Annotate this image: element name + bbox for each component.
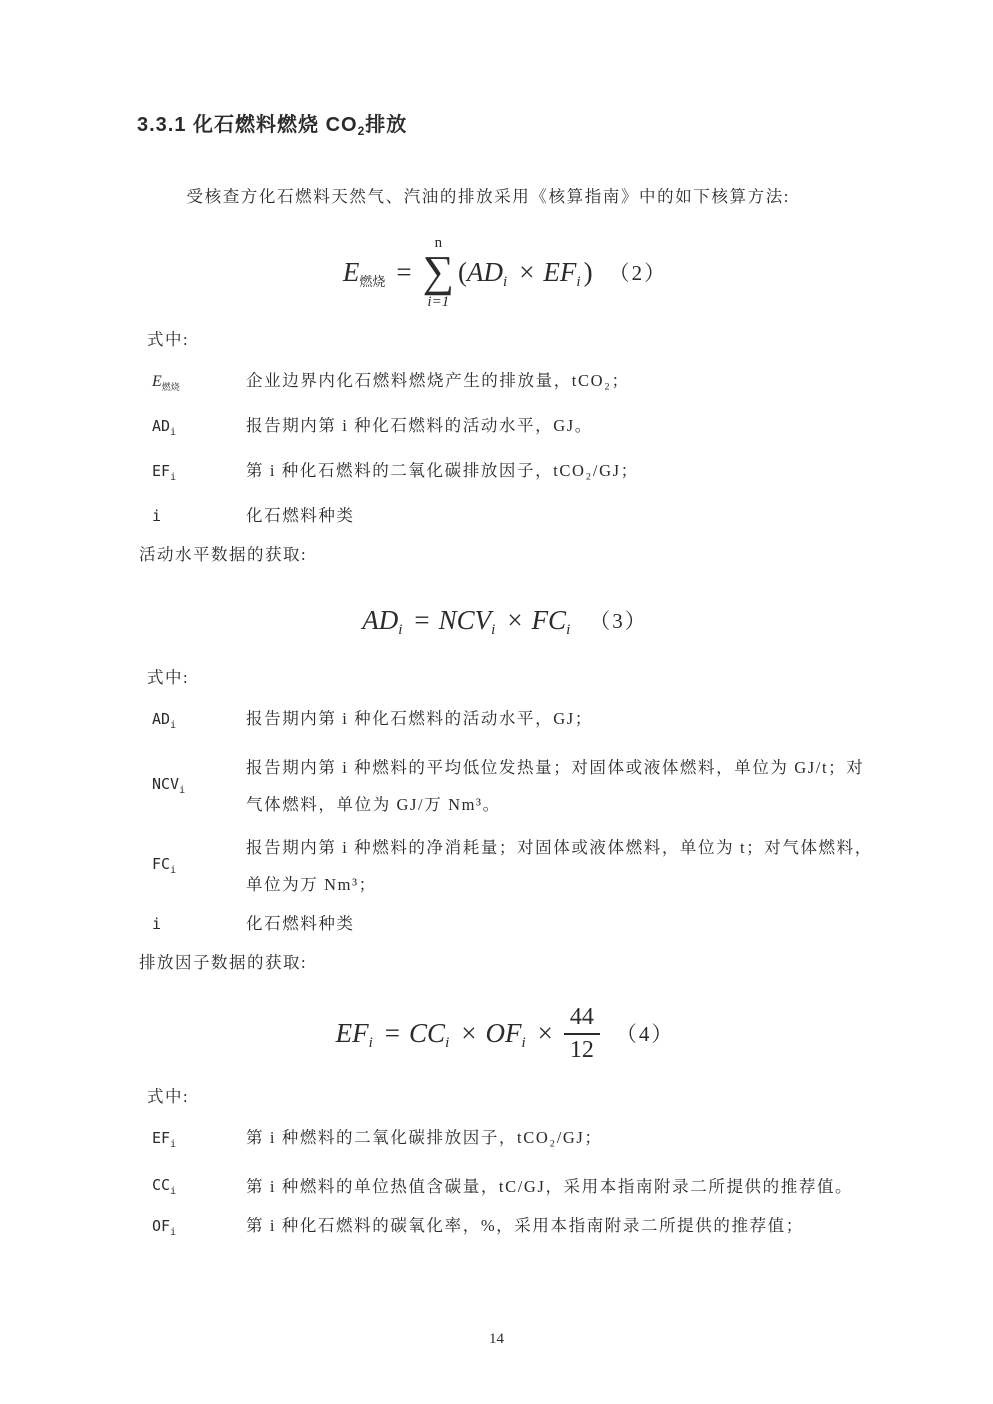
close-paren: ) — [584, 259, 593, 286]
definition-row: CCi 第 i 种燃料的单位热值含碳量，tC/GJ，采用本指南附录二所提供的推荐… — [152, 1168, 873, 1205]
formula3-lhs-sub: i — [398, 623, 402, 638]
equals-sign: = — [385, 1020, 400, 1047]
term-label: E燃烧 — [152, 366, 246, 399]
formula3-number: （3） — [589, 611, 648, 632]
term-definition: 化石燃料种类 — [246, 909, 355, 939]
formula2-lhs: E — [343, 259, 360, 286]
where-label-3: 式中: — [147, 666, 873, 690]
formula4-term3: OF — [485, 1020, 521, 1047]
formula2-term2: EF — [543, 259, 576, 286]
term-definition: 第 i 种燃料的二氧化碳排放因子，tCO₂/GJ； — [246, 1123, 603, 1153]
term-label: EFi — [152, 1123, 246, 1156]
formula4-term2: CC — [409, 1020, 445, 1047]
term-definition: 报告期内第 i 种燃料的平均低位发热量；对固体或液体燃料，单位为 GJ/t；对气… — [246, 749, 873, 823]
term-label: EFi — [152, 456, 246, 489]
formula2-number: （2） — [609, 263, 668, 284]
formula2-term1-sub: i — [503, 275, 507, 290]
fraction-numerator: 44 — [564, 1005, 600, 1035]
definition-list-4: EFi 第 i 种燃料的二氧化碳排放因子，tCO₂/GJ； CCi 第 i 种燃… — [152, 1123, 873, 1244]
open-paren: ( — [458, 259, 467, 286]
term-label: i — [152, 909, 246, 939]
fraction-denominator: 12 — [570, 1035, 594, 1063]
definition-row: i 化石燃料种类 — [152, 909, 873, 939]
term-label: ADi — [152, 704, 246, 737]
sum-lower-limit: i=1 — [427, 295, 449, 310]
term-definition: 化石燃料种类 — [246, 501, 355, 531]
fraction-44-12: 44 12 — [564, 1005, 600, 1063]
definition-row: EFi 第 i 种化石燃料的二氧化碳排放因子，tCO₂/GJ； — [152, 456, 873, 489]
formula4-lhs-sub: i — [369, 1036, 373, 1051]
term-definition: 报告期内第 i 种化石燃料的活动水平，GJ； — [246, 704, 593, 734]
equals-sign: = — [414, 607, 429, 634]
term-definition: 第 i 种化石燃料的二氧化碳排放因子，tCO₂/GJ； — [246, 456, 639, 486]
formula3-term2-sub: i — [491, 623, 495, 638]
formula4-number: （4） — [616, 1024, 675, 1045]
emission-factor-lead: 排放因子数据的获取: — [139, 951, 873, 975]
definition-row: FCi 报告期内第 i 种燃料的净消耗量；对固体或液体燃料，单位为 t；对气体燃… — [152, 829, 873, 903]
term-label: NCVi — [152, 769, 246, 802]
term-definition: 企业边界内化石燃料燃烧产生的排放量，tCO₂； — [246, 366, 630, 396]
section-heading-tail: 排放 — [365, 114, 407, 136]
term-label: FCi — [152, 849, 246, 882]
sigma-icon: ∑ — [423, 252, 454, 292]
definition-row: EFi 第 i 种燃料的二氧化碳排放因子，tCO₂/GJ； — [152, 1123, 873, 1156]
formula4-lhs: EF — [336, 1020, 369, 1047]
definition-row: NCVi 报告期内第 i 种燃料的平均低位发热量；对固体或液体燃料，单位为 GJ… — [152, 749, 873, 823]
formula3-term2: NCV — [439, 607, 492, 634]
term-label: OFi — [152, 1211, 246, 1244]
where-label-2: 式中: — [147, 328, 873, 352]
definition-list-3: ADi 报告期内第 i 种化石燃料的活动水平，GJ； NCVi 报告期内第 i … — [152, 704, 873, 939]
page-number: 14 — [0, 1331, 993, 1348]
definition-row: E燃烧 企业边界内化石燃料燃烧产生的排放量，tCO₂； — [152, 366, 873, 399]
definition-list-2: E燃烧 企业边界内化石燃料燃烧产生的排放量，tCO₂； ADi 报告期内第 i … — [152, 366, 873, 531]
term-label: CCi — [152, 1170, 246, 1203]
definition-row: OFi 第 i 种化石燃料的碳氧化率，%，采用本指南附录二所提供的推荐值； — [152, 1211, 873, 1244]
formula4-term3-sub: i — [521, 1036, 525, 1051]
term-definition: 报告期内第 i 种燃料的净消耗量；对固体或液体燃料，单位为 t；对气体燃料，单位… — [246, 829, 873, 903]
term-definition: 第 i 种燃料的单位热值含碳量，tC/GJ，采用本指南附录二所提供的推荐值。 — [246, 1168, 853, 1205]
formula-3: ADi = NCVi × FCi （3） — [137, 607, 873, 634]
term-label: ADi — [152, 411, 246, 444]
definition-row: ADi 报告期内第 i 种化石燃料的活动水平，GJ。 — [152, 411, 873, 444]
formula2-term1: AD — [467, 259, 503, 286]
times-sign: × — [538, 1020, 553, 1047]
document-page: 3.3.1 化石燃料燃烧 CO2排放 受核查方化石燃料天然气、汽油的排放采用《核… — [0, 0, 993, 1404]
activity-data-lead: 活动水平数据的获取: — [139, 543, 873, 567]
definition-row: ADi 报告期内第 i 种化石燃料的活动水平，GJ； — [152, 704, 873, 737]
formula3-lhs: AD — [362, 607, 398, 634]
times-sign: × — [461, 1020, 476, 1047]
formula4-term2-sub: i — [445, 1036, 449, 1051]
times-sign: × — [507, 607, 522, 634]
formula-2: E燃烧 = n ∑ i=1 ( ADi × EFi ) （2） — [137, 236, 873, 310]
formula-4: EFi = CCi × OFi × 44 12 （4） — [137, 1005, 873, 1063]
formula2-lhs-subscript: 燃烧 — [359, 275, 385, 288]
equals-sign: = — [396, 259, 411, 286]
term-definition: 报告期内第 i 种化石燃料的活动水平，GJ。 — [246, 411, 593, 441]
summation-symbol: n ∑ i=1 — [423, 236, 454, 310]
section-heading-text: 3.3.1 化石燃料燃烧 CO — [137, 114, 358, 136]
formula3-term3: FC — [532, 607, 567, 634]
formula2-term2-sub: i — [576, 275, 580, 290]
term-label: i — [152, 501, 246, 531]
definition-row: i 化石燃料种类 — [152, 501, 873, 531]
term-definition: 第 i 种化石燃料的碳氧化率，%，采用本指南附录二所提供的推荐值； — [246, 1211, 804, 1241]
where-label-4: 式中: — [147, 1085, 873, 1109]
formula3-term3-sub: i — [566, 623, 570, 638]
times-sign: × — [519, 259, 534, 286]
intro-paragraph: 受核查方化石燃料天然气、汽油的排放采用《核算指南》中的如下核算方法: — [137, 184, 873, 210]
section-heading: 3.3.1 化石燃料燃烧 CO2排放 — [137, 112, 873, 144]
